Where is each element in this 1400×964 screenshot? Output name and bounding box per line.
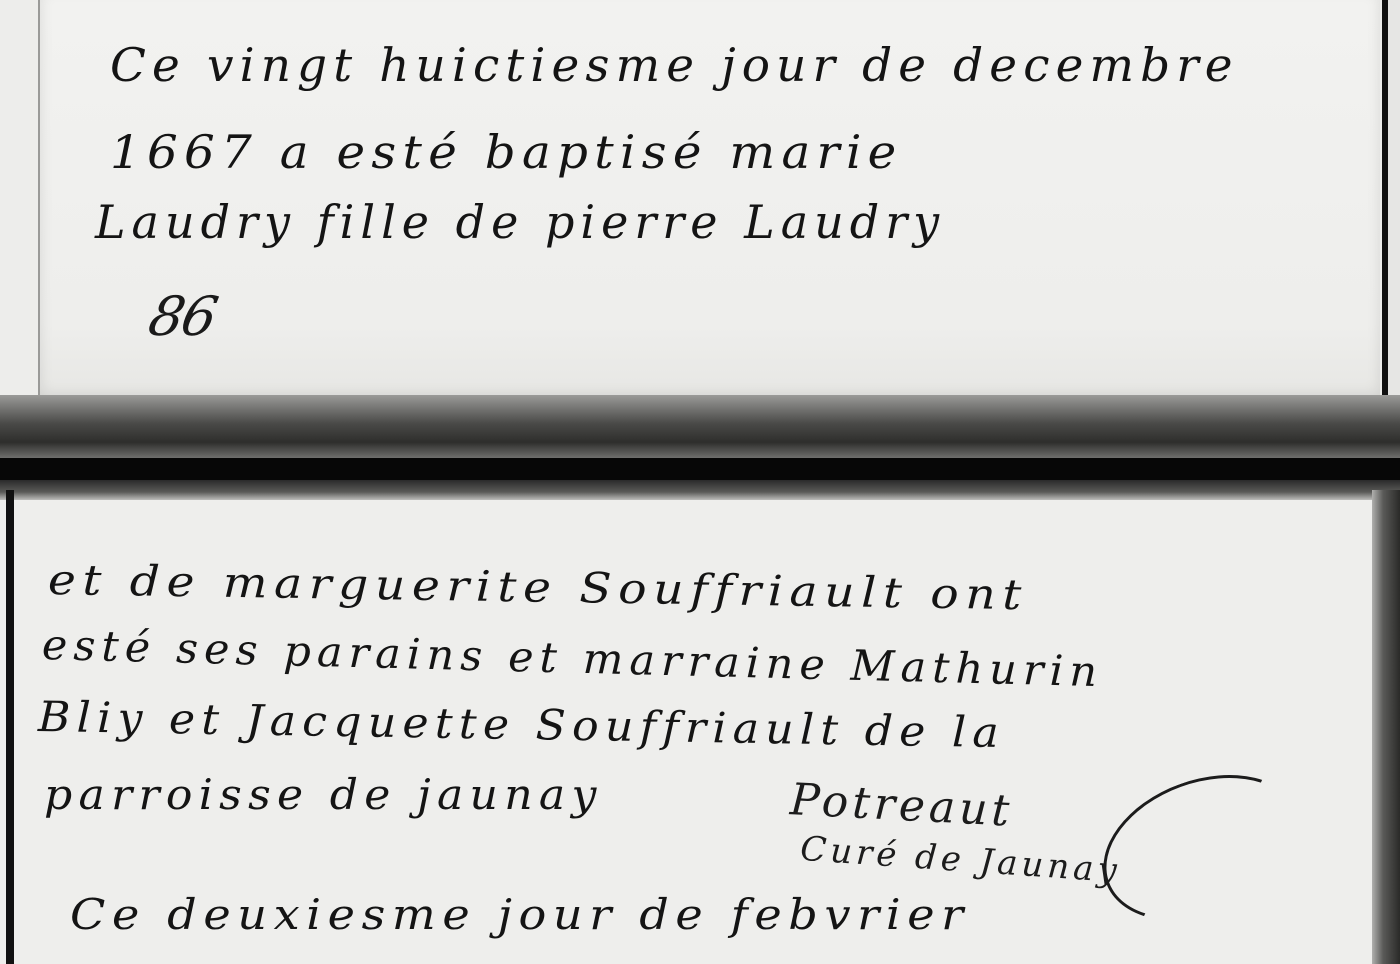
entry-line-1: et de marguerite Souffriault ont [48,555,1029,619]
entry-line-3: Bliy et Jacquette Souffriault de la [38,692,1006,757]
adjacent-page-strip [1388,0,1400,400]
entry-line-1: Ce vingt huictiesme jour de decembre [110,38,1239,92]
entry-line-3: Laudry fille de pierre Laudry [95,195,945,249]
signature-title: Curé de Jaunay [799,829,1122,891]
folio-number: 86 [143,285,221,348]
upper-register-page: Ce vingt huictiesme jour de decembre 166… [0,0,1400,458]
entry-line-2: 1667 a esté baptisé marie [110,125,903,179]
priest-signature: Potreaut [789,774,1015,837]
page-right-edge [1372,490,1400,964]
lower-register-page: et de marguerite Souffriault ont esté se… [0,480,1400,964]
page-top-edge [0,480,1400,500]
signature-flourish [1083,749,1323,947]
entry-line-2: esté ses parains et marraine Mathurin [41,620,1103,696]
page-divider [0,458,1400,480]
page-bottom-edge [0,395,1400,458]
entry-line-4: parroisse de jaunay [44,770,603,819]
next-entry-line: Ce deuxiesme jour de febvrier [70,890,970,939]
page-left-border [6,490,14,964]
